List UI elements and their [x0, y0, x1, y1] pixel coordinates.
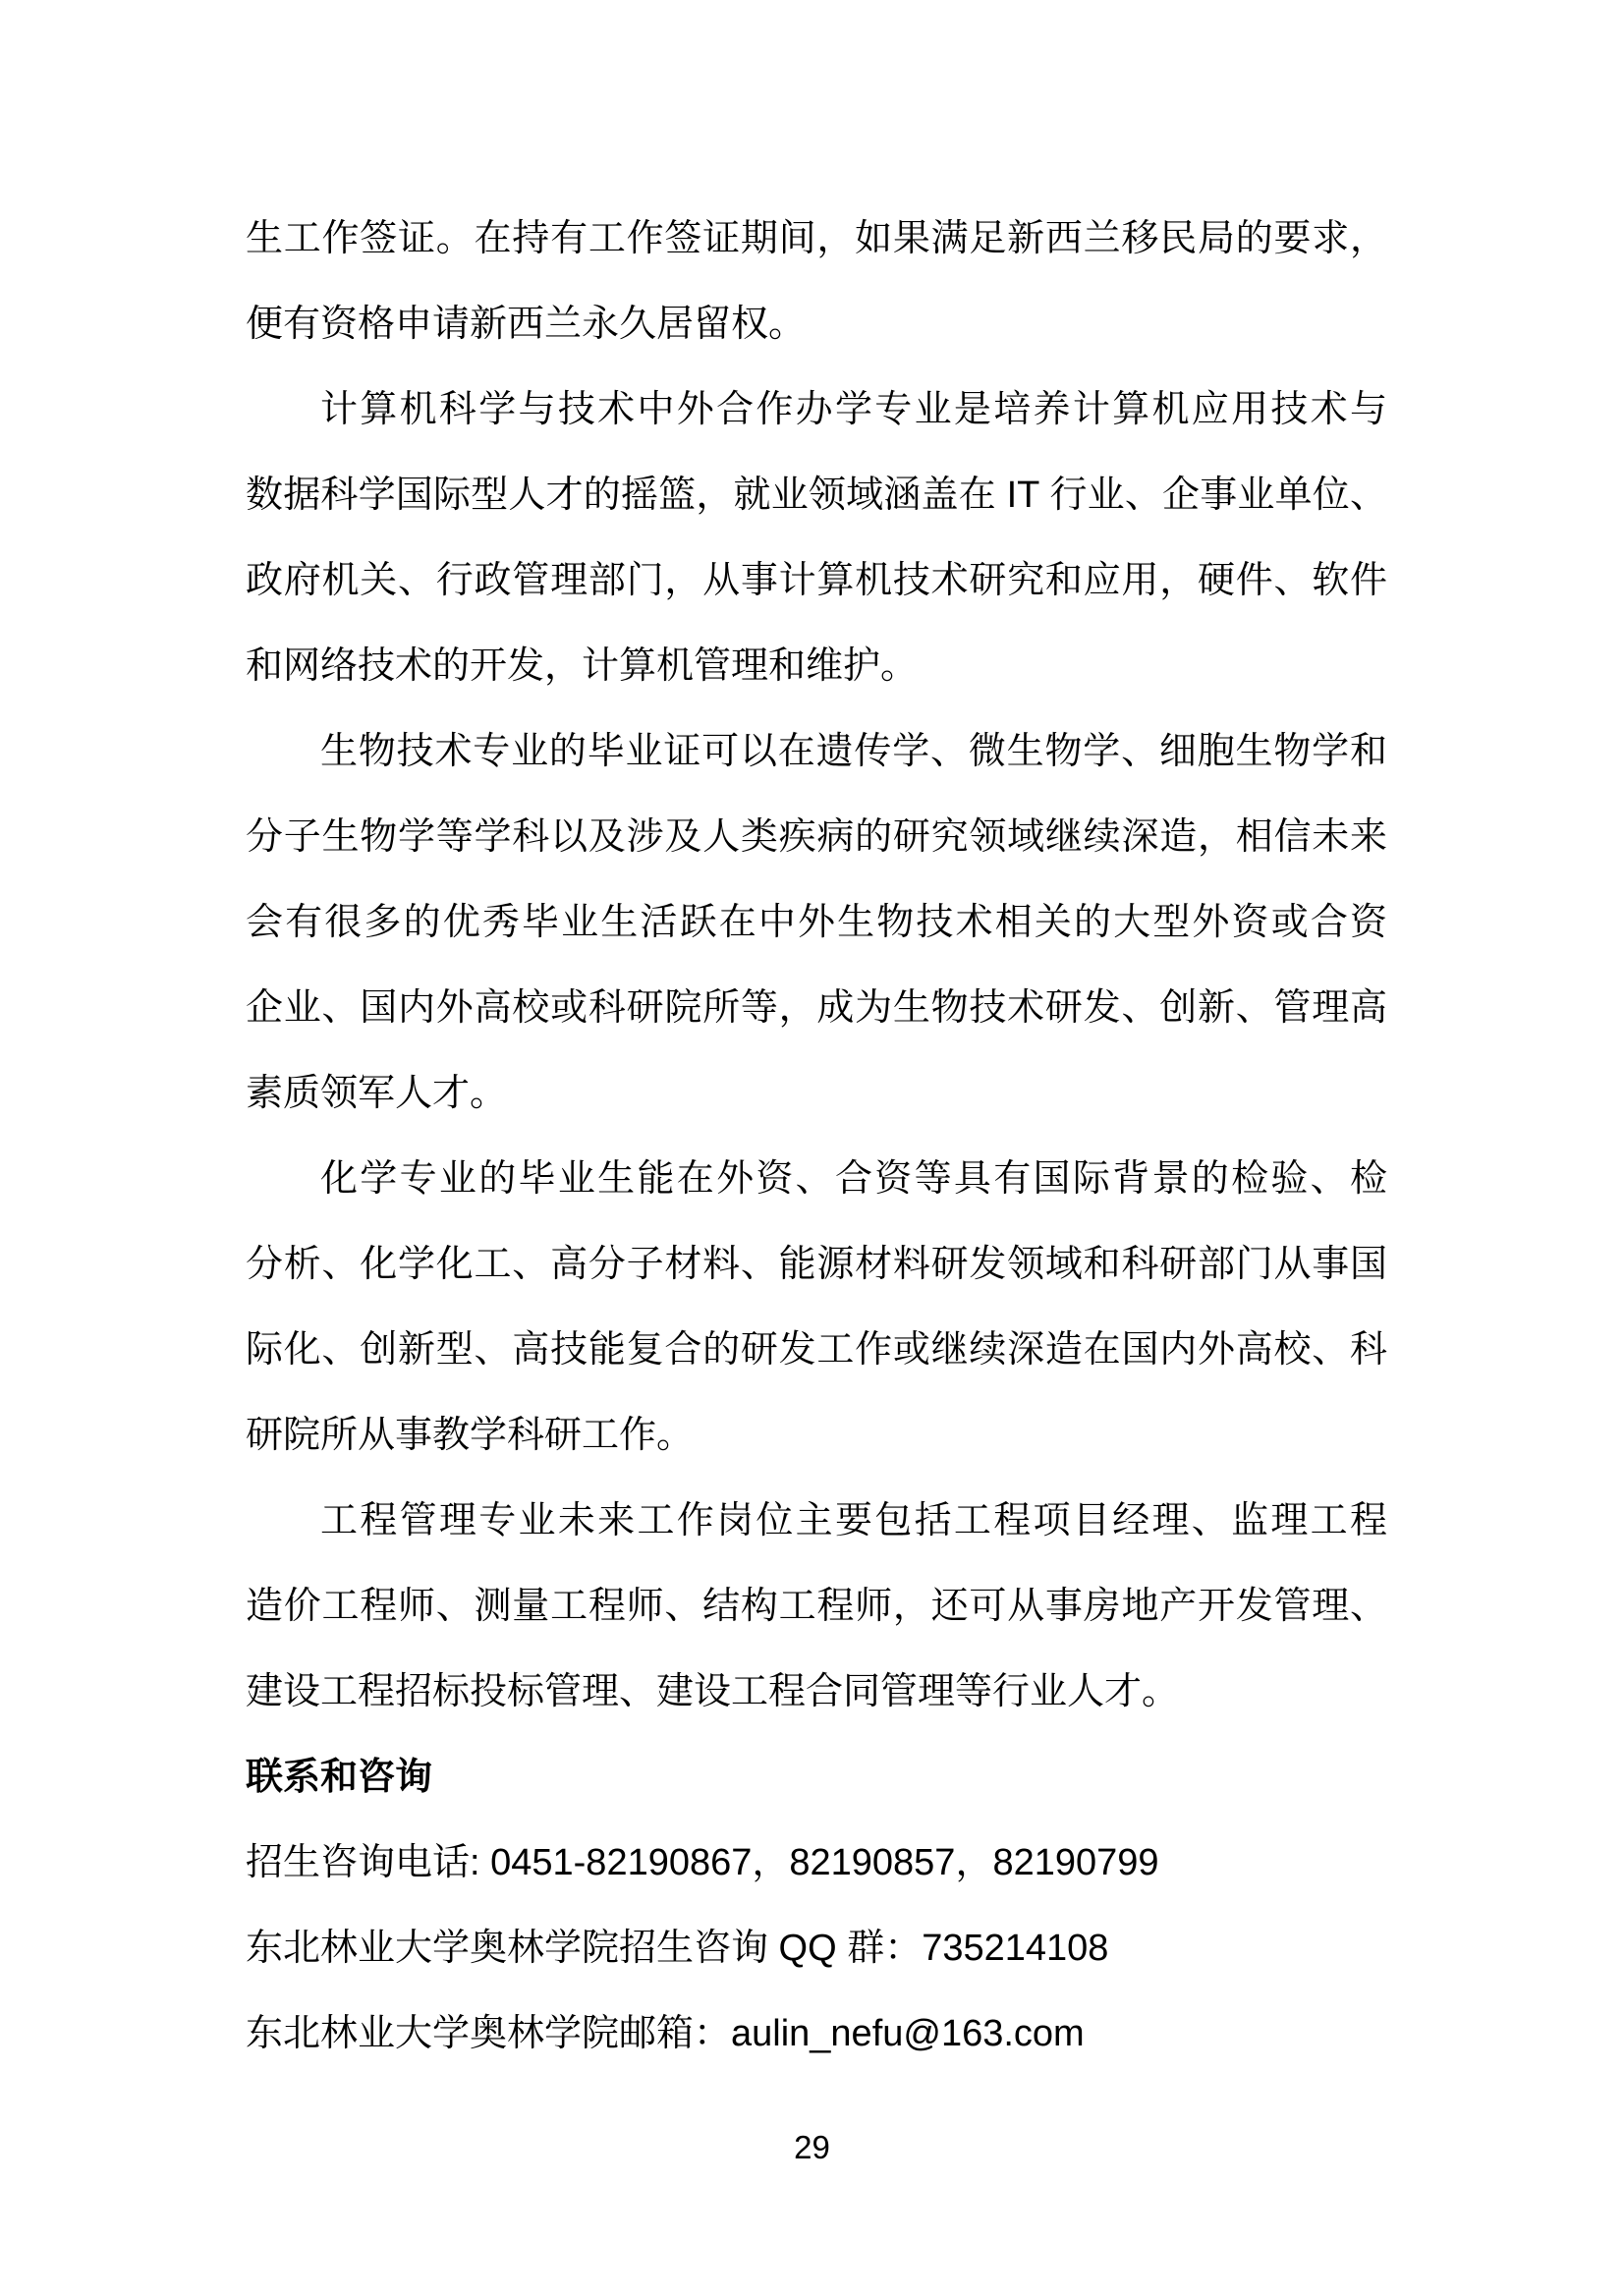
body-line: 生工作签证。在持有工作签证期间，如果满足新西兰移民局的要求， — [246, 196, 1387, 282]
paragraph: 计算机科学与技术中外合作办学专业是培养计算机应用技术与 数据科学国际型人才的摇篮… — [246, 367, 1387, 709]
body-line: 研院所从事教学科研工作。 — [246, 1393, 1387, 1479]
body-line: 分子生物学等学科以及涉及人类疾病的研究领域继续深造，相信未来 — [246, 795, 1387, 880]
paragraph: 生工作签证。在持有工作签证期间，如果满足新西兰移民局的要求， 便有资格申请新西兰… — [246, 196, 1387, 367]
body-line: 会有很多的优秀毕业生活跃在中外生物技术相关的大型外资或合资 — [246, 880, 1387, 966]
body-line: 政府机关、行政管理部门，从事计算机技术研究和应用，硬件、软件 — [246, 538, 1387, 624]
paragraph: 工程管理专业未来工作岗位主要包括工程项目经理、监理工程师、 造价工程师、测量工程… — [246, 1479, 1387, 1735]
body-line: 造价工程师、测量工程师、结构工程师，还可从事房地产开发管理、 — [246, 1564, 1387, 1650]
contact-email: 东北林业大学奥林学院邮箱：aulin_nefu@163.com — [246, 1991, 1387, 2077]
body-line: 数据科学国际型人才的摇篮，就业领域涵盖在 IT 行业、企事业单位、 — [246, 453, 1387, 538]
body-line: 际化、创新型、高技能复合的研发工作或继续深造在国内外高校、科 — [246, 1308, 1387, 1393]
body-line: 化学专业的毕业生能在外资、合资等具有国际背景的检验、检疫、 — [246, 1137, 1387, 1222]
document-body: 生工作签证。在持有工作签证期间，如果满足新西兰移民局的要求， 便有资格申请新西兰… — [246, 196, 1387, 2077]
section-heading: 联系和咨询 — [246, 1735, 1387, 1820]
body-line: 企业、国内外高校或科研院所等，成为生物技术研发、创新、管理高 — [246, 966, 1387, 1051]
body-line: 建设工程招标投标管理、建设工程合同管理等行业人才。 — [246, 1650, 1387, 1735]
contact-phone: 招生咨询电话: 0451-82190867，82190857，82190799 — [246, 1820, 1387, 1906]
body-line: 和网络技术的开发，计算机管理和维护。 — [246, 624, 1387, 709]
contact-qq: 东北林业大学奥林学院招生咨询 QQ 群：735214108 — [246, 1906, 1387, 1991]
body-line: 素质领军人才。 — [246, 1051, 1387, 1137]
contact-section: 招生咨询电话: 0451-82190867，82190857，82190799 … — [246, 1820, 1387, 2077]
body-line: 便有资格申请新西兰永久居留权。 — [246, 282, 1387, 367]
body-line: 生物技术专业的毕业证可以在遗传学、微生物学、细胞生物学和 — [246, 709, 1387, 795]
body-line: 工程管理专业未来工作岗位主要包括工程项目经理、监理工程师、 — [246, 1479, 1387, 1564]
body-line: 分析、化学化工、高分子材料、能源材料研发领域和科研部门从事国 — [246, 1222, 1387, 1308]
paragraph: 生物技术专业的毕业证可以在遗传学、微生物学、细胞生物学和 分子生物学等学科以及涉… — [246, 709, 1387, 1137]
paragraph: 化学专业的毕业生能在外资、合资等具有国际背景的检验、检疫、 分析、化学化工、高分… — [246, 1137, 1387, 1479]
page-number: 29 — [0, 2128, 1624, 2167]
body-line: 计算机科学与技术中外合作办学专业是培养计算机应用技术与 — [246, 367, 1387, 453]
document-page: 生工作签证。在持有工作签证期间，如果满足新西兰移民局的要求， 便有资格申请新西兰… — [0, 0, 1624, 2296]
